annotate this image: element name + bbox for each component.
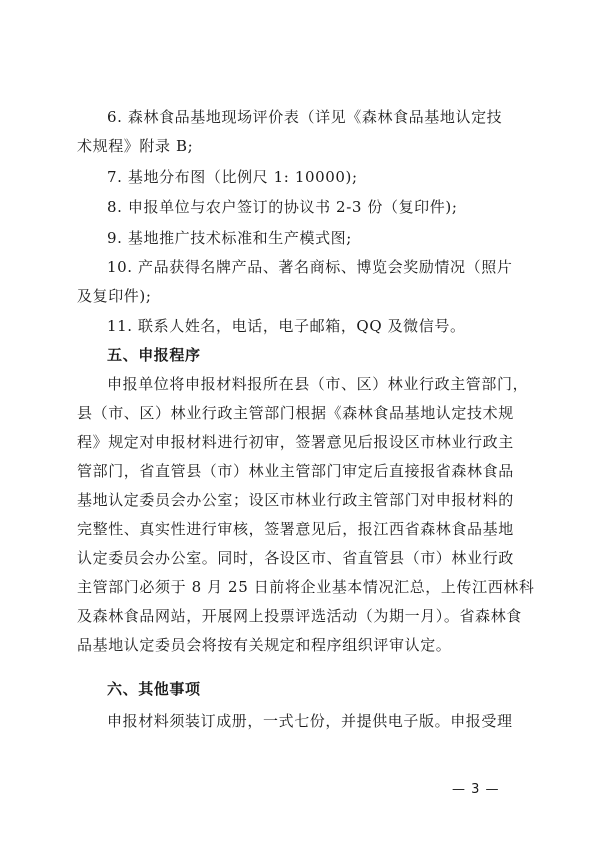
- list-item-6: 6. 森林食品基地现场评价表（详见《森林食品基地认定技: [107, 108, 519, 126]
- paragraph-line: 品基地认定委员会将按有关规定和程序组织评审认定。: [77, 636, 519, 654]
- paragraph-line: 县（市、区）林业行政主管部门根据《森林食品基地认定技术规: [77, 404, 519, 422]
- list-item-9: 9. 基地推广技术标准和生产模式图;: [107, 229, 519, 247]
- paragraph-line: 程》规定对申报材料进行初审，签署意见后报设区市林业行政主: [77, 433, 519, 451]
- list-item-11: 11. 联系人姓名，电话，电子邮箱，QQ 及微信号。: [107, 317, 519, 335]
- list-item-10-continued: 及复印件);: [77, 287, 519, 305]
- list-item-8: 8. 申报单位与农户签订的协议书 2-3 份（复印件);: [107, 198, 519, 216]
- paragraph-line: 完整性、真实性进行审核，签署意见后，报江西省森林食品基地: [77, 520, 519, 538]
- paragraph-line: 主管部门必须于 8 月 25 日前将企业基本情况汇总，上传江西林科: [77, 578, 519, 596]
- paragraph-line: 管部门，省直管县（市）林业主管部门审定后直接报省森林食品: [77, 462, 519, 480]
- paragraph-line: 基地认定委员会办公室；设区市林业行政主管部门对申报材料的: [77, 491, 519, 509]
- paragraph-line: 申报材料须装订成册，一式七份，并提供电子版。申报受理: [107, 712, 519, 730]
- paragraph-line: 认定委员会办公室。同时，各设区市、省直管县（市）林业行政: [77, 549, 519, 567]
- section-heading-6: 六、其他事项: [107, 680, 519, 698]
- section-heading-5: 五、申报程序: [107, 346, 519, 364]
- list-item-6-continued: 术规程》附录 B;: [77, 137, 519, 155]
- paragraph-line: 申报单位将申报材料报所在县（市、区）林业行政主管部门，: [107, 375, 519, 393]
- list-item-7: 7. 基地分布图（比例尺 1: 10000);: [107, 168, 519, 186]
- document-page: 6. 森林食品基地现场评价表（详见《森林食品基地认定技 术规程》附录 B; 7.…: [0, 0, 595, 842]
- page-number: — 3 —: [452, 782, 500, 797]
- paragraph-line: 及森林食品网站，开展网上投票评选活动（为期一月）。省森林食: [77, 607, 519, 625]
- list-item-10: 10. 产品获得名牌产品、著名商标、博览会奖励情况（照片: [107, 258, 519, 276]
